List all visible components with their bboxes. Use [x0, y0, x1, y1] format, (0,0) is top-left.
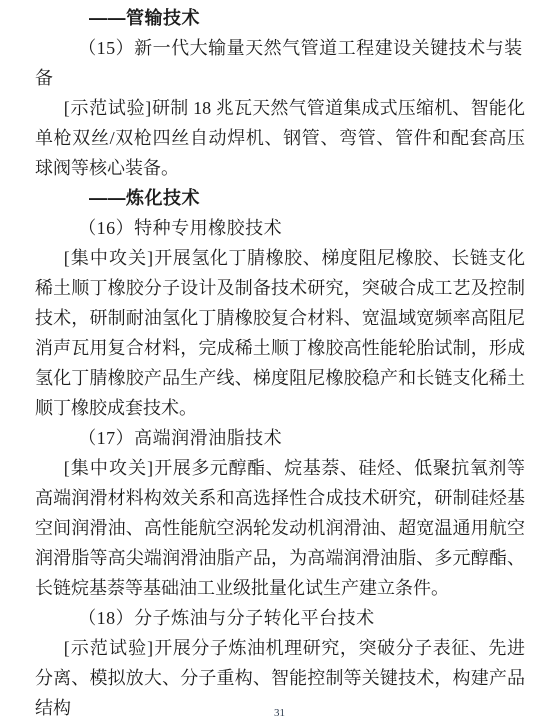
item-heading-18: （18）分子炼油与分子转化平台技术 — [35, 603, 525, 633]
paragraph-tag-concentrated-research: [集中攻关] — [64, 248, 154, 268]
paragraph-tag-concentrated-research: [集中攻关] — [64, 458, 154, 478]
document-page: ——管输技术 （15）新一代大输量天然气管道工程建设关键技术与装备 [示范试验]… — [0, 0, 559, 728]
paragraph-item-15: [示范试验]研制 18 兆瓦天然气管道集成式压缩机、智能化单枪双丝/双枪四丝自动… — [35, 93, 525, 183]
paragraph-body-text: 开展多元醇酯、烷基萘、硅烃、低聚抗氧剂等高端润滑材料构效关系和高选择性合成技术研… — [35, 458, 525, 598]
paragraph-item-16: [集中攻关]开展氢化丁腈橡胶、梯度阻尼橡胶、长链支化稀土顺丁橡胶分子设计及制备技… — [35, 243, 525, 423]
item-heading-17: （17）高端润滑油脂技术 — [35, 423, 525, 453]
item-heading-15: （15）新一代大输量天然气管道工程建设关键技术与装备 — [35, 33, 525, 93]
item-heading-16: （16）特种专用橡胶技术 — [35, 213, 525, 243]
paragraph-tag-demonstration-test: [示范试验] — [64, 638, 154, 658]
paragraph-item-17: [集中攻关]开展多元醇酯、烷基萘、硅烃、低聚抗氧剂等高端润滑材料构效关系和高选择… — [35, 453, 525, 603]
document-content: ——管输技术 （15）新一代大输量天然气管道工程建设关键技术与装备 [示范试验]… — [35, 3, 525, 723]
paragraph-tag-demonstration-test: [示范试验] — [64, 98, 152, 118]
section-heading-pipeline-transport: ——管输技术 — [35, 3, 525, 33]
page-number: 31 — [0, 707, 559, 719]
section-heading-refining: ——炼化技术 — [35, 183, 525, 213]
paragraph-body-text: 开展氢化丁腈橡胶、梯度阻尼橡胶、长链支化稀土顺丁橡胶分子设计及制备技术研究，突破… — [35, 248, 525, 418]
